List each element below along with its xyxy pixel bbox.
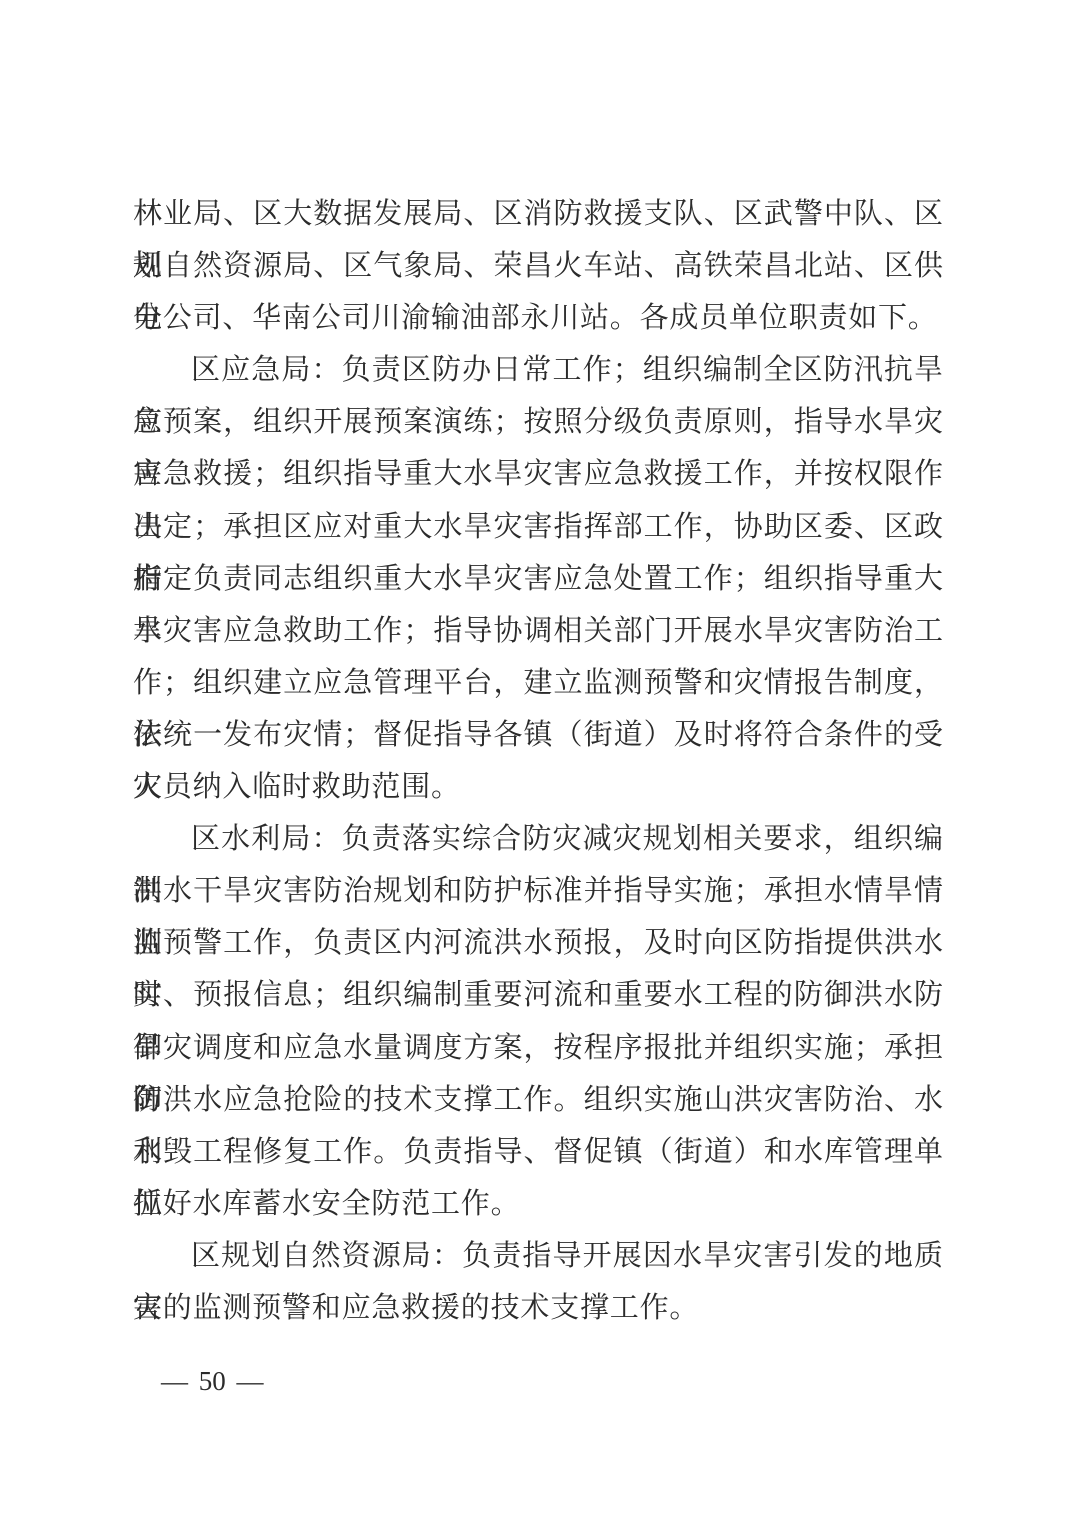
document-body: 林业局、区大数据发展局、区消防救援支队、区武警中队、区规划自然资源局、区气象局、… [133, 188, 943, 1334]
text-line: 旱灾调度和应急水量调度方案，按程序报批并组织实施；承担防 [133, 1022, 943, 1074]
document-page: 林业局、区大数据发展局、区消防救援支队、区武警中队、区规划自然资源局、区气象局、… [0, 0, 1074, 1520]
text-line: 抓好水库蓄水安全防范工作。 [133, 1178, 943, 1230]
text-line: 作；组织建立应急管理平台，建立监测预警和灾情报告制度，依 [133, 657, 943, 709]
text-line: 测预警工作，负责区内河流洪水预报，及时向区防指提供洪水实 [133, 917, 943, 969]
text-line: 分公司、华南公司川渝输油部永川站。各成员单位职责如下。 [133, 292, 943, 344]
text-line: 洪水干旱灾害防治规划和防护标准并指导实施；承担水情旱情监 [133, 865, 943, 917]
text-line: 时、预报信息；组织编制重要河流和重要水工程的防御洪水防御 [133, 969, 943, 1021]
text-line: 急预案，组织开展预案演练；按照分级负责原则，指导水旱灾害 [133, 396, 943, 448]
text-line: 应急救援；组织指导重大水旱灾害应急救援工作，并按权限作出 [133, 448, 943, 500]
text-line: 害的监测预警和应急救援的技术支撑工作。 [133, 1282, 943, 1334]
text-line: 水毁工程修复工作。负责指导、督促镇（街道）和水库管理单位 [133, 1126, 943, 1178]
text-line: 法统一发布灾情；督促指导各镇（街道）及时将符合条件的受灾 [133, 709, 943, 761]
text-line: 御洪水应急抢险的技术支撑工作。组织实施山洪灾害防治、水利 [133, 1074, 943, 1126]
text-line: 划自然资源局、区气象局、荣昌火车站、高铁荣昌北站、区供电 [133, 240, 943, 292]
text-line: 区规划自然资源局：负责指导开展因水旱灾害引发的地质灾 [133, 1230, 943, 1282]
text-line: 区应急局：负责区防办日常工作；组织编制全区防汛抗旱应 [133, 344, 943, 396]
text-line: 林业局、区大数据发展局、区消防救援支队、区武警中队、区规 [133, 188, 943, 240]
text-line: 指定负责同志组织重大水旱灾害应急处置工作；组织指导重大水 [133, 553, 943, 605]
text-line: 人员纳入临时救助范围。 [133, 761, 943, 813]
text-line: 决定；承担区应对重大水旱灾害指挥部工作，协助区委、区政府 [133, 501, 943, 553]
text-line: 旱灾害应急救助工作；指导协调相关部门开展水旱灾害防治工 [133, 605, 943, 657]
page-number: — 50 — [161, 1366, 264, 1396]
text-line: 区水利局：负责落实综合防灾减灾规划相关要求，组织编制 [133, 813, 943, 865]
